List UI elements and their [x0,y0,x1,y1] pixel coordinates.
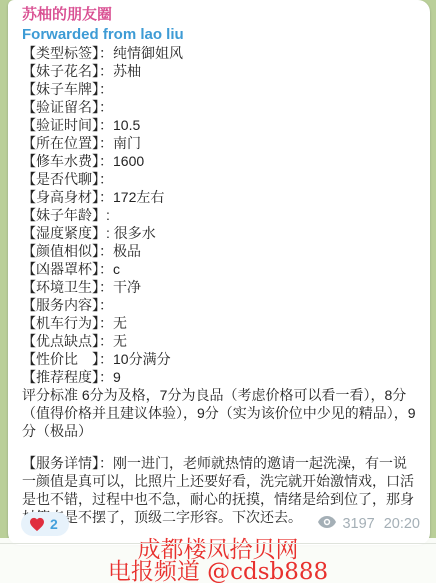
heart-reaction-button[interactable]: 2 [21,512,69,536]
red-heart-icon [29,517,45,532]
field-line: 【妹子年龄】: [22,206,416,224]
field-line: 【修车水费】：1600 [22,152,416,170]
sender-name[interactable]: 苏柚的朋友圈 [22,5,416,25]
field-line: 【推荐程度】：9 [22,368,416,386]
field-line: 【服务内容】： [22,296,416,314]
message-footer: 2 3197 20:20 [21,512,420,536]
field-line: 【身高身材】：172左右 [22,188,416,206]
field-line: 【验证留名】： [22,98,416,116]
field-line: 【凶器罩杯】：c [22,260,416,278]
chat-background: 苏柚的朋友圈 Forwarded from lao liu 【类型标签】：纯情御… [0,0,436,583]
rating-note: 评分标准 6分为及格，7分为良品（考虑价格可以看一看），8分（值得价格并且建议体… [22,386,416,440]
eye-icon [318,516,336,532]
message-time: 20:20 [384,516,420,532]
reaction-count: 2 [50,516,58,532]
watermark-overlay: 成都楼凤拾贝网 电报频道 @cdsb888 [0,538,436,583]
field-line: 【妹子车牌】： [22,80,416,98]
field-line: 【所在位置】：南门 [22,134,416,152]
field-line: 【湿度紧度】: 很多水 [22,224,416,242]
field-line: 【是否代聊】： [22,170,416,188]
message-body: 【类型标签】：纯情御姐风 【妹子花名】：苏柚 【妹子车牌】： 【验证留名】： 【… [22,44,416,526]
field-line: 【性价比 】：10分满分 [22,350,416,368]
blank-line [22,440,416,454]
views-count: 3197 [342,516,374,532]
watermark-line2: 电报频道 @cdsb888 [108,561,328,583]
watermark-line1: 成都楼凤拾贝网 [138,539,299,561]
forwarded-header[interactable]: Forwarded from lao liu [22,25,416,44]
field-line: 【优点缺点】：无 [22,332,416,350]
field-line: 【类型标签】：纯情御姐风 [22,44,416,62]
field-line: 【颜值相似】：极品 [22,242,416,260]
field-line: 【妹子花名】：苏柚 [22,62,416,80]
field-line: 【环境卫生】：干净 [22,278,416,296]
message-meta: 3197 20:20 [318,516,420,532]
message-bubble: 苏柚的朋友圈 Forwarded from lao liu 【类型标签】：纯情御… [8,0,430,545]
field-line: 【验证时间】：10.5 [22,116,416,134]
field-line: 【机车行为】：无 [22,314,416,332]
